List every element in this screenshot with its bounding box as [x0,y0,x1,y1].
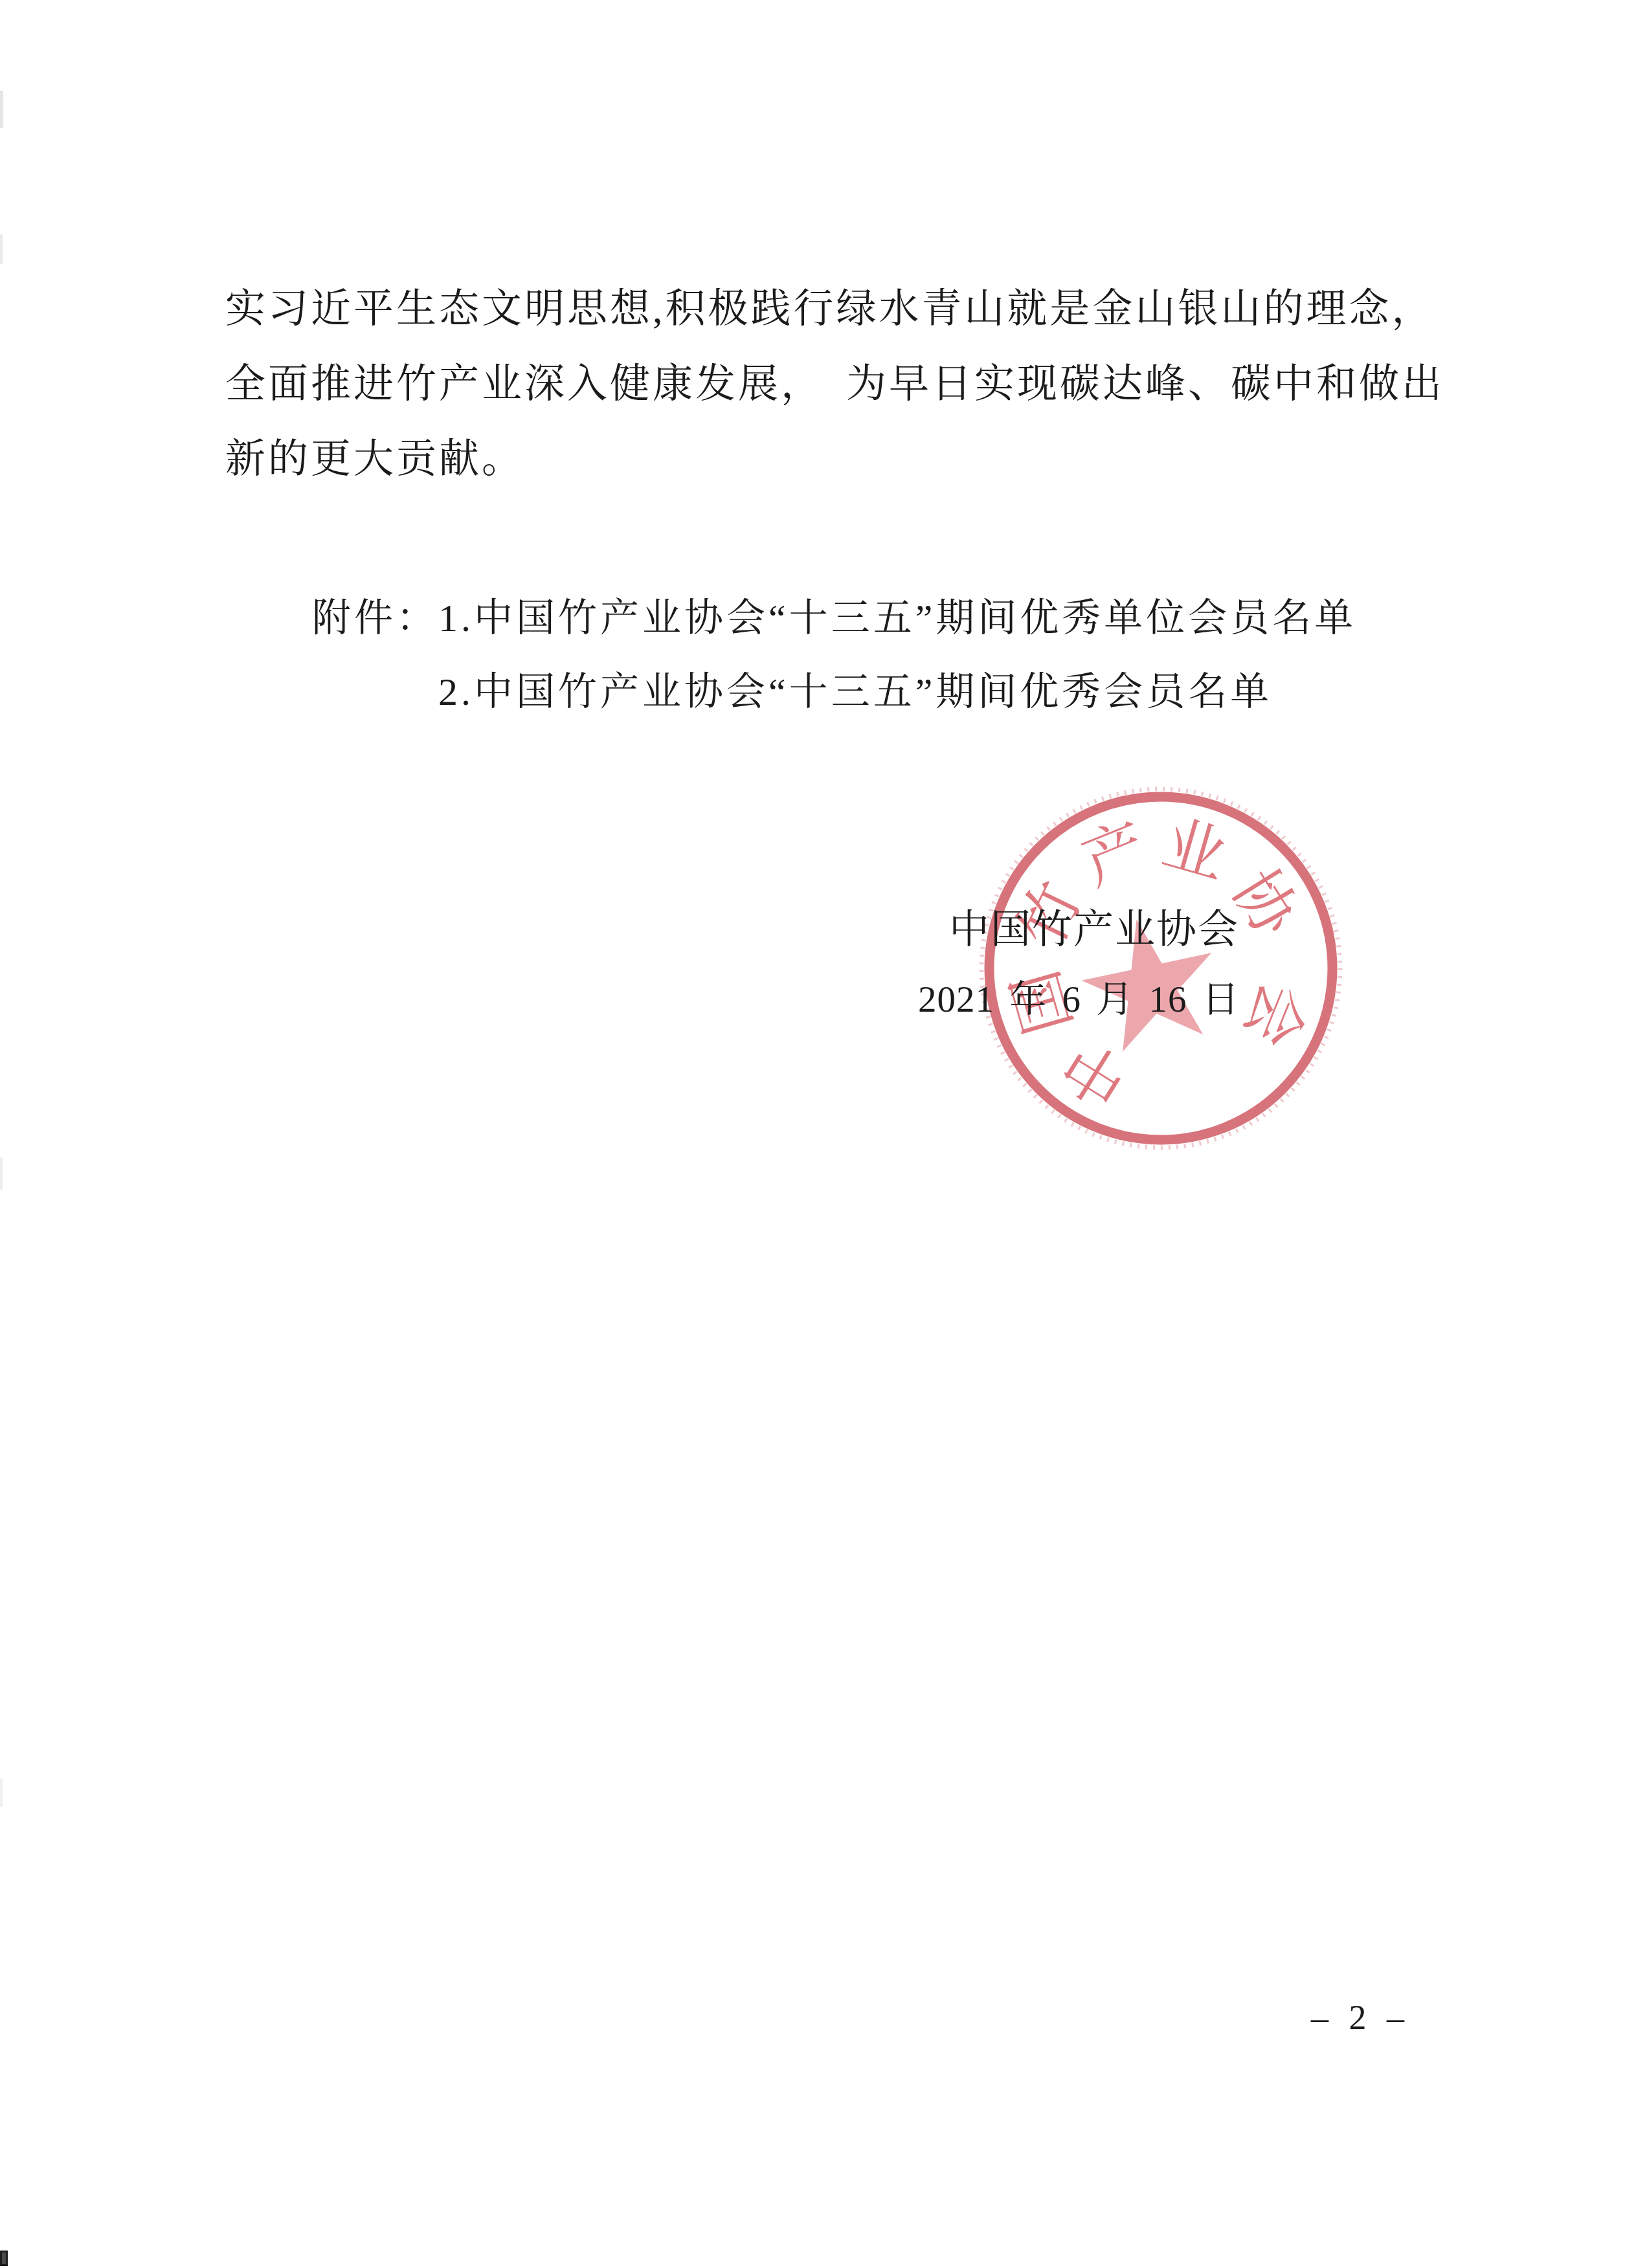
scan-artifact-corner [0,2251,8,2266]
signature-date: 2021 年 6 月 16 日 [918,970,1240,1023]
paragraph-line: 全面推进竹产业深入健康发展， 为早日实现碳达峰、碳中和做出 [225,347,1455,422]
official-seal-stamp: 中 国 竹 产 业 协 会 [967,774,1355,1162]
paragraph-line: 新的更大贡献。 [225,422,1455,497]
body-paragraph: 实习近平生态文明思想,积极践行绿水青山就是金山银山的理念， 全面推进竹产业深入健… [225,272,1455,497]
scan-artifact-speck [0,1779,3,1807]
attachment-item: 2.中国竹产业协会“十三五”期间优秀会员名单 [438,671,1272,713]
attachment-row-1: 附件：1.中国竹产业协会“十三五”期间优秀单位会员名单 [312,581,1356,655]
scan-artifact-speck [0,91,3,128]
attachment-row-2: 2.中国竹产业协会“十三五”期间优秀会员名单 [438,655,1356,729]
seal-char-chan: 产 [1073,810,1156,898]
seal-char-ye: 业 [1156,808,1235,892]
scanned-document-page: 实习近平生态文明思想,积极践行绿水青山就是金山银山的理念， 全面推进竹产业深入健… [0,0,1647,2268]
page-number: – 2 – [1311,1997,1404,2038]
attachment-item: 1.中国竹产业协会“十三五”期间优秀单位会员名单 [438,597,1356,639]
attachment-label: 附件： [312,597,438,639]
signature-organization: 中国竹产业协会 [949,897,1239,955]
scan-artifact-speck [0,234,3,264]
seal-char-hui: 会 [1231,973,1319,1056]
attachment-block: 附件：1.中国竹产业协会“十三五”期间优秀单位会员名单 2.中国竹产业协会“十三… [312,581,1356,729]
paragraph-line: 实习近平生态文明思想,积极践行绿水青山就是金山银山的理念， [225,272,1455,347]
scan-artifact-speck [0,1157,3,1190]
